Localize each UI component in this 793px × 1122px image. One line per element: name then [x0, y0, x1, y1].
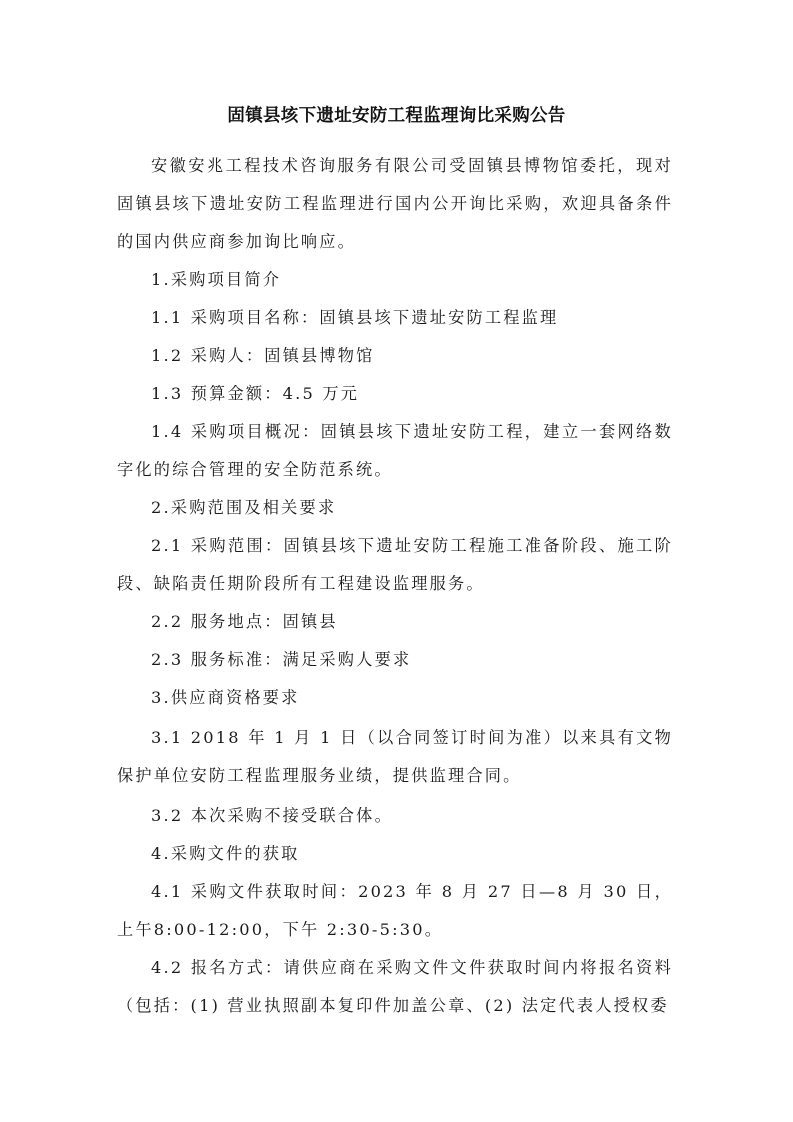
document-page: 固镇县垓下遗址安防工程监理询比采购公告 安徽安兆工程技术咨询服务有限公司受固镇县… [0, 0, 793, 1122]
item-1-4-overview: 1.4 采购项目概况：固镇县垓下遗址安防工程，建立一套网络数字化的综合管理的安全… [117, 413, 673, 489]
item-4-1-acquisition-time: 4.1 采购文件获取时间：2023 年 8 月 27 日—8 月 30 日，上午… [117, 873, 673, 949]
item-1-2-purchaser: 1.2 采购人：固镇县博物馆 [117, 337, 673, 375]
item-1-1-project-name: 1.1 采购项目名称：固镇县垓下遗址安防工程监理 [117, 299, 673, 337]
intro-paragraph: 安徽安兆工程技术咨询服务有限公司受固镇县博物馆委托，现对固镇县垓下遗址安防工程监… [117, 147, 673, 261]
section-4-heading: 4.采购文件的获取 [117, 835, 673, 873]
item-2-2-location: 2.2 服务地点：固镇县 [117, 603, 673, 641]
section-1-heading: 1.采购项目简介 [117, 261, 673, 299]
item-1-3-budget: 1.3 预算金额：4.5 万元 [117, 375, 673, 413]
item-4-2-registration: 4.2 报名方式：请供应商在采购文件文件获取时间内将报名资料（包括：(1) 营业… [117, 949, 673, 1025]
document-title: 固镇县垓下遗址安防工程监理询比采购公告 [0, 102, 793, 127]
document-body: 安徽安兆工程技术咨询服务有限公司受固镇县博物馆委托，现对固镇县垓下遗址安防工程监… [117, 147, 673, 1025]
item-2-3-standard: 2.3 服务标准：满足采购人要求 [117, 641, 673, 679]
item-2-1-scope: 2.1 采购范围：固镇县垓下遗址安防工程施工准备阶段、施工阶段、缺陷责任期阶段所… [117, 527, 673, 603]
item-3-1-qualification: 3.1 2018 年 1 月 1 日（以合同签订时间为准）以来具有文物保护单位安… [117, 719, 673, 795]
item-3-2-consortium: 3.2 本次采购不接受联合体。 [117, 797, 673, 835]
section-3-heading: 3.供应商资格要求 [117, 679, 673, 717]
section-2-heading: 2.采购范围及相关要求 [117, 489, 673, 527]
